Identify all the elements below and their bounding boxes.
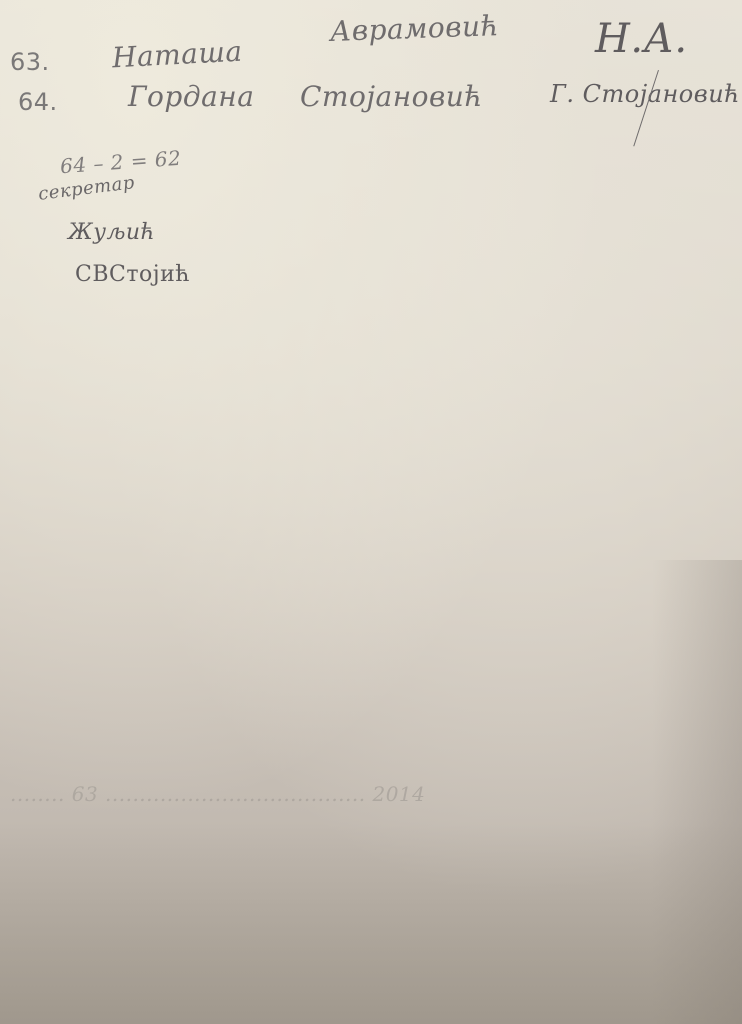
entry-last-name: Стојановић <box>300 80 483 113</box>
entry-signature: Г. Стојановић <box>550 80 740 108</box>
second-signature: СВСтојић <box>75 262 190 287</box>
role-label: секретар <box>37 172 136 205</box>
entry-first-name: Гордана <box>128 80 254 113</box>
entry-first-name: Наташа <box>111 35 243 75</box>
page-shadow-bottom <box>0 824 742 1024</box>
faint-bottom-line: ........ 63 ............................… <box>10 782 425 806</box>
entry-number: 64. <box>18 88 58 116</box>
entry-signature: Н.А. <box>595 16 688 62</box>
secretary-signature: Жуљић <box>68 220 155 245</box>
page-shadow-right <box>652 560 742 1024</box>
entry-number: 63. <box>10 48 50 76</box>
entry-last-name: Аврамовић <box>329 9 499 48</box>
